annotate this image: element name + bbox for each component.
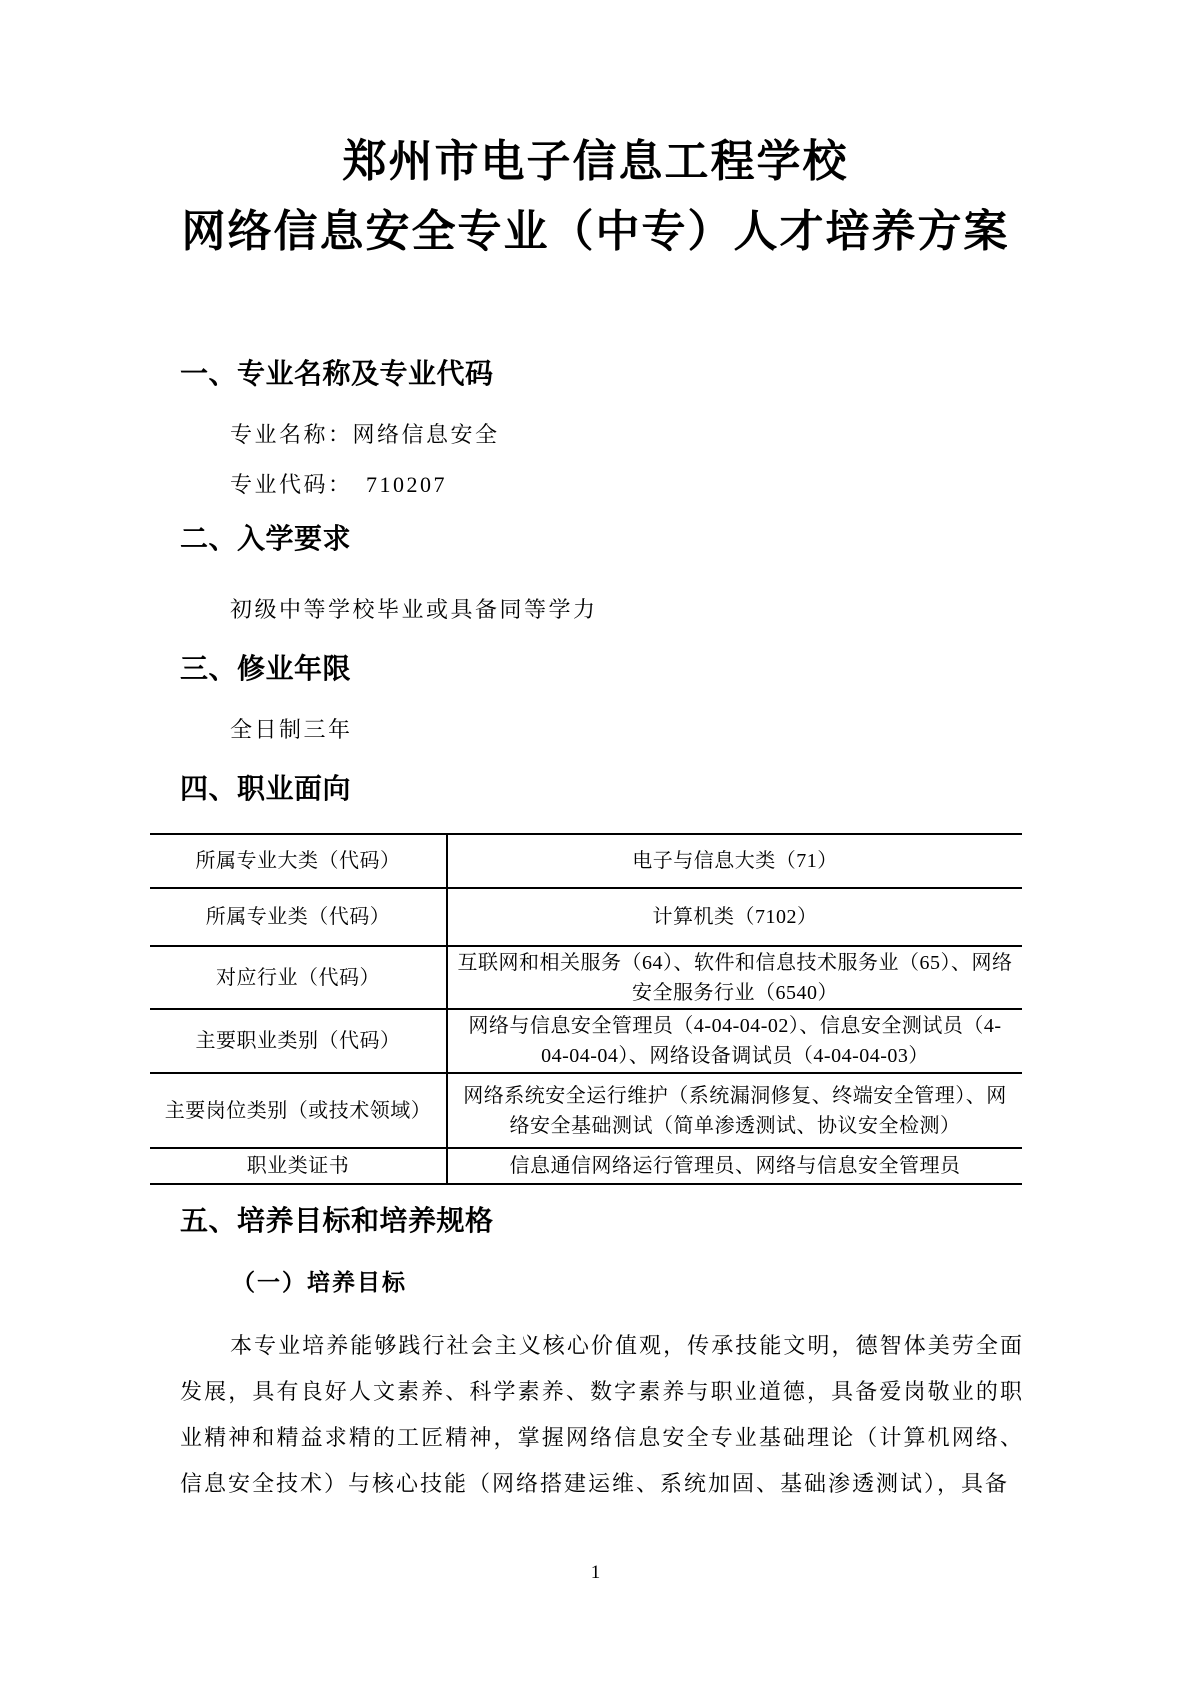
page-number: 1 (0, 1560, 1191, 1586)
section-heading-major-name-code: 一、专业名称及专业代码 (180, 356, 494, 392)
study-duration-line: 全日制三年 (230, 714, 353, 746)
major-code-line: 专业代码： 710207 (230, 469, 447, 501)
section-heading-admission-requirements: 二、入学要求 (180, 521, 351, 557)
admission-requirements-line: 初级中等学校毕业或具备同等学力 (230, 594, 598, 626)
row-value-major-class: 计算机类（7102） (447, 888, 1022, 946)
row-value-post-category: 网络系统安全运行维护（系统漏洞修复、终端安全管理）、网络安全基础测试（简单渗透测… (447, 1073, 1022, 1148)
table-row: 职业类证书 信息通信网络运行管理员、网络与信息安全管理员 (150, 1148, 1022, 1184)
table-row: 主要职业类别（代码） 网络与信息安全管理员（4-04-04-02）、信息安全测试… (150, 1009, 1022, 1073)
doc-title-line1: 郑州市电子信息工程学校 (0, 134, 1191, 190)
document-page: 郑州市电子信息工程学校 网络信息安全专业（中专）人才培养方案 一、专业名称及专业… (0, 0, 1191, 1684)
section-heading-career-orientation: 四、职业面向 (180, 771, 351, 807)
row-label-occupation-category: 主要职业类别（代码） (150, 1009, 447, 1073)
row-label-post-category: 主要岗位类别（或技术领域） (150, 1073, 447, 1148)
row-value-industry: 互联网和相关服务（64）、软件和信息技术服务业（65）、网络安全服务行业（654… (447, 946, 1022, 1009)
table-row: 对应行业（代码） 互联网和相关服务（64）、软件和信息技术服务业（65）、网络安… (150, 946, 1022, 1009)
table-row: 主要岗位类别（或技术领域） 网络系统安全运行维护（系统漏洞修复、终端安全管理）、… (150, 1073, 1022, 1148)
career-orientation-table: 所属专业大类（代码） 电子与信息大类（71） 所属专业类（代码） 计算机类（71… (150, 833, 1022, 1185)
section-heading-study-duration: 三、修业年限 (180, 651, 351, 687)
row-label-major-category: 所属专业大类（代码） (150, 834, 447, 888)
table-row: 所属专业大类（代码） 电子与信息大类（71） (150, 834, 1022, 888)
training-goal-paragraph: 本专业培养能够践行社会主义核心价值观，传承技能文明，德智体美劳全面发展，具有良好… (180, 1323, 1024, 1507)
row-label-major-class: 所属专业类（代码） (150, 888, 447, 946)
subsection-heading-training-goal: （一）培养目标 (232, 1267, 407, 1299)
row-value-certificates: 信息通信网络运行管理员、网络与信息安全管理员 (447, 1148, 1022, 1184)
row-label-industry: 对应行业（代码） (150, 946, 447, 1009)
row-value-major-category: 电子与信息大类（71） (447, 834, 1022, 888)
major-name-line: 专业名称：网络信息安全 (230, 419, 500, 451)
row-label-certificates: 职业类证书 (150, 1148, 447, 1184)
table-row: 所属专业类（代码） 计算机类（7102） (150, 888, 1022, 946)
row-value-occupation-category: 网络与信息安全管理员（4-04-04-02）、信息安全测试员（4-04-04-0… (447, 1009, 1022, 1073)
section-heading-training-objectives: 五、培养目标和培养规格 (180, 1203, 494, 1239)
doc-title-line2: 网络信息安全专业（中专）人才培养方案 (0, 204, 1191, 260)
